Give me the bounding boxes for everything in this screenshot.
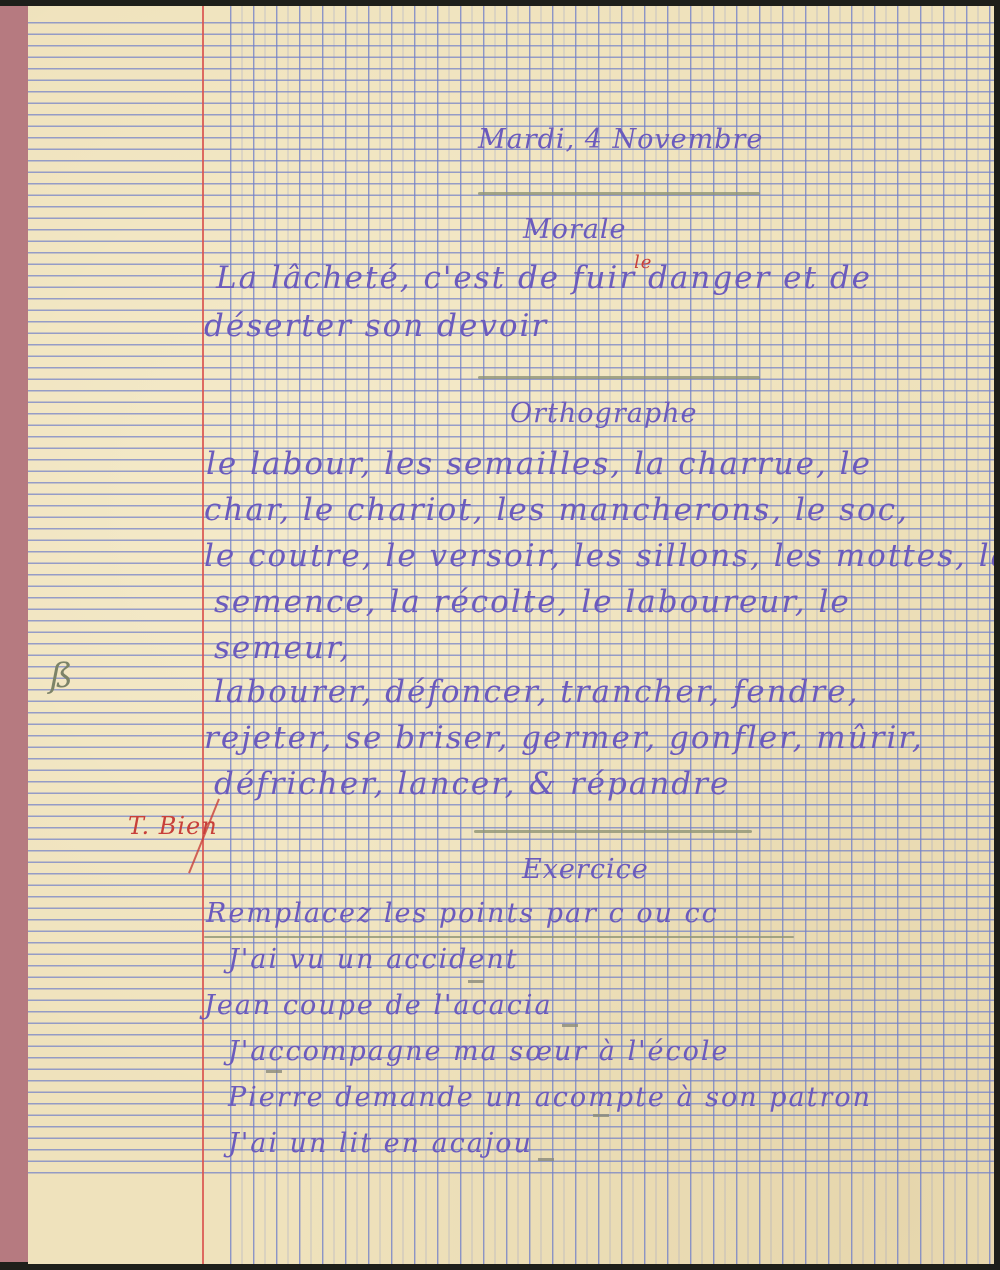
morale-heading: Morale: [523, 214, 627, 245]
red-margin-line: [202, 6, 204, 1264]
pencil-separator: [478, 376, 760, 379]
orthographe-heading: Orthographe: [510, 398, 697, 429]
exercice-sentence-4: Pierre demande un acompte à son patron: [228, 1082, 872, 1113]
pencil-separator: [474, 830, 752, 833]
pencil-underline: [204, 936, 794, 938]
orthographe-line-3: le coutre, le versoir, les sillons, les …: [204, 538, 994, 574]
pencil-mark: [562, 1024, 578, 1027]
orthographe-line-1: le labour, les semailles, la charrue, le: [206, 446, 872, 482]
morale-line-2: déserter son devoir: [204, 308, 548, 344]
orthographe-line-8: défricher, lancer, & répandre: [214, 766, 730, 802]
pencil-mark: [593, 1114, 609, 1117]
pencil-separator: [478, 192, 760, 195]
morale-line-1: La lâcheté, c'est de fuir danger et de: [216, 260, 872, 296]
orthographe-line-7: rejeter, se briser, germer, gonfler, mûr…: [204, 720, 924, 756]
exercice-sentence-2: Jean coupe de l'acacia: [204, 990, 553, 1021]
exercice-sentence-3: J'accompagne ma sœur à l'école: [228, 1036, 729, 1067]
pencil-mark: [538, 1158, 554, 1161]
exercice-sentence-1: J'ai vu un accident: [228, 944, 519, 975]
orthographe-line-5: semeur,: [214, 630, 351, 666]
orthographe-line-2: char, le chariot, les mancherons, le soc…: [204, 492, 909, 528]
notebook-cover-edge: [0, 6, 28, 1262]
pencil-mark: [266, 1070, 282, 1073]
grade-mark: ß: [50, 656, 74, 696]
orthographe-line-4: semence, la récolte, le laboureur, le: [214, 584, 851, 620]
orthographe-line-6: labourer, défoncer, trancher, fendre,: [214, 674, 859, 710]
exercice-instruction: Remplacez les points par c ou cc: [206, 898, 719, 929]
date-heading: Mardi, 4 Novembre: [478, 124, 763, 155]
pencil-mark: [468, 980, 484, 983]
exercice-heading: Exercice: [522, 854, 649, 885]
exercice-sentence-5: J'ai un lit en acajou: [228, 1128, 533, 1159]
notebook-page: Mardi, 4 Novembre Morale le La lâcheté, …: [28, 6, 994, 1264]
